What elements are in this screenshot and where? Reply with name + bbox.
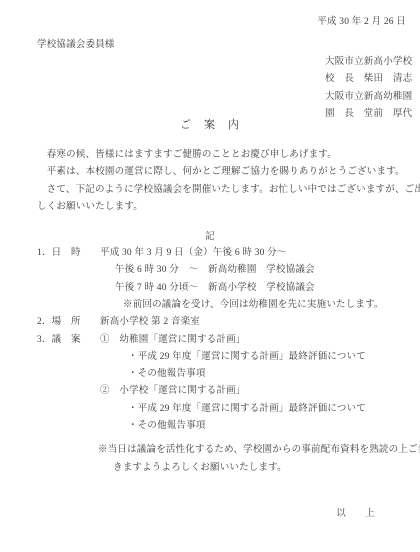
closing-marker: 以 上 — [336, 508, 375, 520]
greeting-line-2: 平素は、本校園の運営に際し、何かとご理解ご協力を賜りありがとうございます。 — [37, 166, 405, 178]
footnote-line-2: きますようよろしくお願いいたします。 — [113, 462, 287, 474]
greeting-line-3: さて、下記のように学校協議会を開催いたします。お忙しい中ではございますが、ご出席… — [37, 184, 420, 196]
recipient-line: 学校協議会委員様 — [37, 39, 115, 51]
agenda-item1-label-datetime: 1．日 時 — [37, 247, 81, 259]
agenda-topic-1-bullet-1: ・平成 29 年度「運営に関する計画」最終評価について — [128, 351, 366, 363]
document-date: 平成 30 年 2 月 26 日 — [317, 16, 406, 28]
agenda-item2-label-place: 2．場 所 — [37, 316, 81, 328]
agenda-topic-2-elementary-plan: ② 小学校「運営に関する計画」 — [100, 385, 246, 397]
greeting-line-4: しくお願いいたします。 — [37, 201, 143, 213]
record-marker: 記 — [0, 231, 420, 243]
agenda-item2-value-place: 新高小学校 第 2 音楽室 — [100, 316, 200, 328]
agenda-item1-note: ※前回の議論を受け、今回は幼稚園を先に実施いたします。 — [123, 299, 384, 311]
agenda-topic-1-bullet-2: ・その他報告事項 — [128, 368, 206, 380]
footnote-line-1: ※当日は議論を活性化するため、学校園からの事前配布資料を熟読の上ご参加いただ — [98, 444, 420, 456]
agenda-topic-2-bullet-2: ・その他報告事項 — [128, 420, 206, 432]
agenda-topic-2-bullet-1: ・平成 29 年度「運営に関する計画」最終評価について — [128, 403, 366, 415]
document-page: 平成 30 年 2 月 26 日 学校協議会委員様 大阪市立新高小学校 校 長 … — [0, 0, 420, 552]
agenda-item3-label-topics: 3．議 案 — [37, 334, 81, 346]
agenda-topic-1-kindergarten-plan: ① 幼稚園「運営に関する計画」 — [100, 334, 246, 346]
agenda-item1-value-datetime: 平成 30 年 3 月 9 日（金）午後 6 時 30 分〜 — [100, 247, 287, 259]
agenda-item1-schedule-elementary: 午後 7 時 40 分頃〜 新高小学校 学校協議会 — [115, 282, 315, 294]
agenda-item1-schedule-kindergarten: 午後 6 時 30 分 〜 新高幼稚園 学校協議会 — [115, 264, 315, 276]
sender-principal-elementary: 校 長 柴田 清志 — [325, 73, 412, 85]
sender-school-elementary: 大阪市立新高小学校 — [325, 56, 412, 68]
greeting-line-1: 春寒の候、皆様にはますますご健勝のこととお慶び申しあげます。 — [37, 149, 337, 161]
document-title: ご 案 内 — [0, 119, 420, 131]
sender-school-kindergarten: 大阪市立新高幼稚園 — [325, 91, 412, 103]
